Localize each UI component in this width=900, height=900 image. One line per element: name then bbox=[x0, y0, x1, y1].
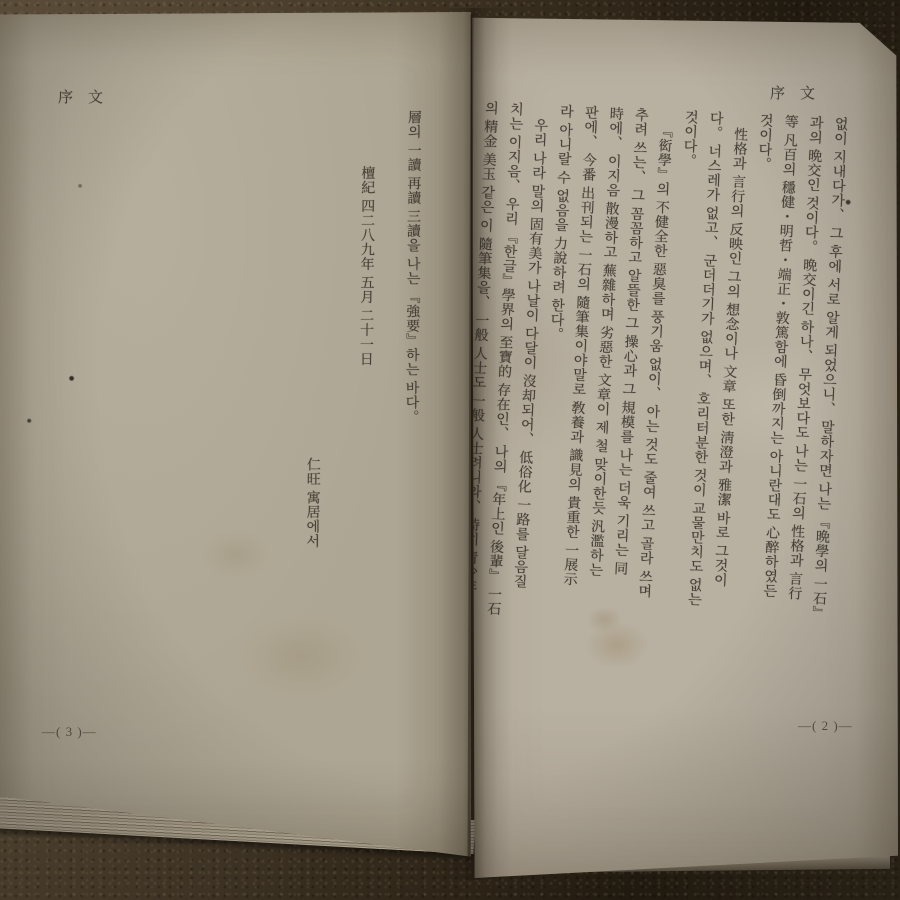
page-number: —( 3 )— bbox=[42, 724, 97, 740]
text-column: 層의 一讀 再讀 三讀을 나는 『強要』하는 바다。 bbox=[401, 110, 423, 424]
left-page: 序 文 層의 一讀 再讀 三讀을 나는 『強要』하는 바다。 檀紀 四二八九年 … bbox=[0, 12, 471, 860]
page-number: —( 2 )— bbox=[798, 718, 853, 734]
text-column: 라 아니랄 수 없음을 力說하려 한다。 bbox=[546, 104, 576, 342]
book-photo: 序 文 層의 一讀 再讀 三讀을 나는 『強要』하는 바다。 檀紀 四二八九年 … bbox=[0, 0, 900, 900]
date-column: 檀紀 四二八九年 五月 二十一日 bbox=[356, 166, 377, 367]
text-layer: 없이 지내다가、 그 후에 서로 알게 되었으니、 말하자면 나는 『晩學의 一… bbox=[472, 16, 898, 878]
right-page: 序 文 없이 지내다가、 그 후에 서로 알게 되었으니、 말하자면 나는 『晩… bbox=[472, 16, 898, 878]
text-column: 것이다。 bbox=[679, 109, 701, 168]
signature-column: 仁旺 寓居에서 bbox=[302, 457, 322, 548]
text-column: 것이다。 bbox=[753, 113, 775, 172]
